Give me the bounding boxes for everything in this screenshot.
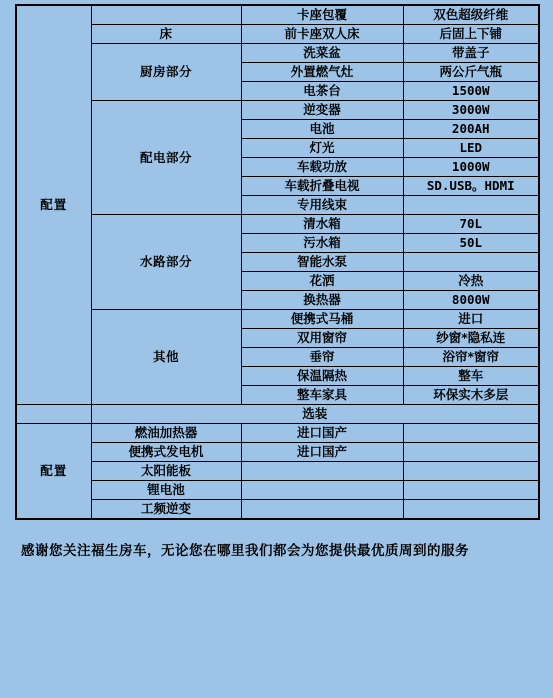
config-section-header: 配置 bbox=[16, 5, 91, 405]
empty-corner-cell bbox=[16, 405, 91, 424]
item-cell: 整车家具 bbox=[241, 386, 403, 405]
spec-sheet-page: 配置卡座包覆双色超级纤维床前卡座双人床后固上下铺厨房部分洗菜盆带盖子外置燃气灶两… bbox=[0, 0, 553, 698]
config-section-header: 配置 bbox=[16, 424, 91, 520]
category-cell: 配电部分 bbox=[91, 101, 241, 215]
optional-value-cell: 进口国产 bbox=[241, 424, 403, 443]
item-cell: 污水箱 bbox=[241, 234, 403, 253]
value-cell: 200AH bbox=[403, 120, 539, 139]
value-cell: 8000W bbox=[403, 291, 539, 310]
item-cell: 逆变器 bbox=[241, 101, 403, 120]
item-cell: 垂帘 bbox=[241, 348, 403, 367]
optional-value-cell bbox=[241, 462, 403, 481]
optional-item-cell: 工频逆变 bbox=[91, 500, 241, 520]
value-cell: 70L bbox=[403, 215, 539, 234]
optional-value-cell bbox=[241, 500, 403, 520]
value-cell bbox=[403, 253, 539, 272]
item-cell: 卡座包覆 bbox=[241, 5, 403, 25]
category-cell bbox=[91, 5, 241, 25]
item-cell: 前卡座双人床 bbox=[241, 25, 403, 44]
value-cell: 环保实木多层 bbox=[403, 386, 539, 405]
item-cell: 洗菜盆 bbox=[241, 44, 403, 63]
value-cell: 50L bbox=[403, 234, 539, 253]
item-cell: 专用线束 bbox=[241, 196, 403, 215]
spec-table: 配置卡座包覆双色超级纤维床前卡座双人床后固上下铺厨房部分洗菜盆带盖子外置燃气灶两… bbox=[15, 4, 540, 520]
value-cell: SD.USB。HDMI bbox=[403, 177, 539, 196]
value-cell: 冷热 bbox=[403, 272, 539, 291]
item-cell: 车载功放 bbox=[241, 158, 403, 177]
value-cell: 浴帘*窗帘 bbox=[403, 348, 539, 367]
spec-row: 配电部分逆变器3000W bbox=[16, 101, 539, 120]
optional-item-cell: 燃油加热器 bbox=[91, 424, 241, 443]
item-cell: 便携式马桶 bbox=[241, 310, 403, 329]
item-cell: 电茶台 bbox=[241, 82, 403, 101]
item-cell: 换热器 bbox=[241, 291, 403, 310]
value-cell: 带盖子 bbox=[403, 44, 539, 63]
optional-row: 太阳能板 bbox=[16, 462, 539, 481]
value-cell: LED bbox=[403, 139, 539, 158]
spec-table-body: 配置卡座包覆双色超级纤维床前卡座双人床后固上下铺厨房部分洗菜盆带盖子外置燃气灶两… bbox=[16, 5, 539, 519]
optional-extra-cell bbox=[403, 443, 539, 462]
optional-extra-cell bbox=[403, 500, 539, 520]
value-cell: 纱窗*隐私连 bbox=[403, 329, 539, 348]
item-cell: 保温隔热 bbox=[241, 367, 403, 386]
item-cell: 电池 bbox=[241, 120, 403, 139]
item-cell: 外置燃气灶 bbox=[241, 63, 403, 82]
optional-extra-cell bbox=[403, 462, 539, 481]
value-cell: 进口 bbox=[403, 310, 539, 329]
item-cell: 车载折叠电视 bbox=[241, 177, 403, 196]
spec-row: 厨房部分洗菜盆带盖子 bbox=[16, 44, 539, 63]
optional-row: 工频逆变 bbox=[16, 500, 539, 520]
category-cell: 床 bbox=[91, 25, 241, 44]
optional-banner-cell: 选装 bbox=[91, 405, 539, 424]
optional-extra-cell bbox=[403, 424, 539, 443]
optional-item-cell: 锂电池 bbox=[91, 481, 241, 500]
spec-row: 水路部分清水箱70L bbox=[16, 215, 539, 234]
optional-row: 配置燃油加热器进口国产 bbox=[16, 424, 539, 443]
optional-value-cell: 进口国产 bbox=[241, 443, 403, 462]
value-cell: 1500W bbox=[403, 82, 539, 101]
category-cell: 其他 bbox=[91, 310, 241, 405]
item-cell: 灯光 bbox=[241, 139, 403, 158]
spec-row: 其他便携式马桶进口 bbox=[16, 310, 539, 329]
optional-extra-cell bbox=[403, 481, 539, 500]
category-cell: 厨房部分 bbox=[91, 44, 241, 101]
category-cell: 水路部分 bbox=[91, 215, 241, 310]
optional-item-cell: 太阳能板 bbox=[91, 462, 241, 481]
value-cell bbox=[403, 196, 539, 215]
value-cell: 3000W bbox=[403, 101, 539, 120]
value-cell: 整车 bbox=[403, 367, 539, 386]
spec-row: 床前卡座双人床后固上下铺 bbox=[16, 25, 539, 44]
value-cell: 1000W bbox=[403, 158, 539, 177]
footer-thanks-text: 感谢您关注福生房车，无论您在哪里我们都会为您提供最优质周到的服务 bbox=[21, 539, 469, 559]
optional-row: 锂电池 bbox=[16, 481, 539, 500]
optional-row: 便携式发电机进口国产 bbox=[16, 443, 539, 462]
item-cell: 智能水泵 bbox=[241, 253, 403, 272]
item-cell: 双用窗帘 bbox=[241, 329, 403, 348]
value-cell: 后固上下铺 bbox=[403, 25, 539, 44]
optional-value-cell bbox=[241, 481, 403, 500]
value-cell: 双色超级纤维 bbox=[403, 5, 539, 25]
spec-row: 配置卡座包覆双色超级纤维 bbox=[16, 5, 539, 25]
item-cell: 花洒 bbox=[241, 272, 403, 291]
item-cell: 清水箱 bbox=[241, 215, 403, 234]
optional-banner-row: 选装 bbox=[16, 405, 539, 424]
value-cell: 两公斤气瓶 bbox=[403, 63, 539, 82]
optional-item-cell: 便携式发电机 bbox=[91, 443, 241, 462]
